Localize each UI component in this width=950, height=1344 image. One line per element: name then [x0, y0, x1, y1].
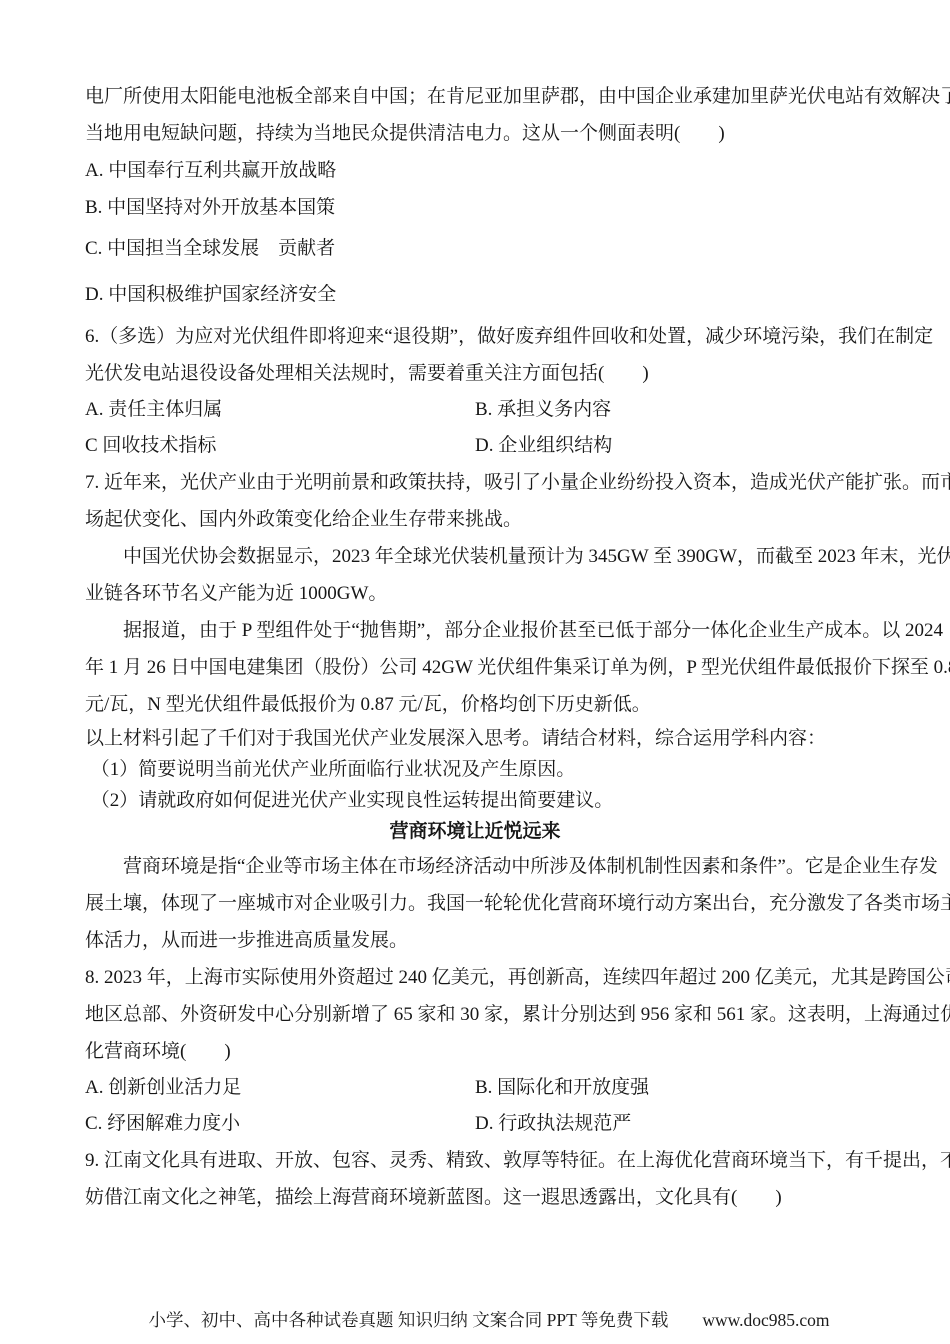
footer-catalog-text: 小学、初中、高中各种试卷真题 知识归纳 文案合同 PPT 等免费下载	[148, 1307, 668, 1332]
q5-option-b: B. 中国坚持对外开放基本国策	[85, 189, 865, 226]
q9-stem-line1: 9. 江南文化具有进取、开放、包容、灵秀、精致、敦厚等特征。在上海优化营商环境当…	[85, 1142, 865, 1179]
document-content: 电厂所使用太阳能电池板全部来自中国；在肯尼亚加里萨郡，由中国企业承建加里萨光伏电…	[85, 78, 865, 1216]
q7-paragraph1-line2: 场起伏变化、国内外政策变化给企业生存带来挑战。	[85, 501, 865, 538]
section-intro-line2: 展土壤，体现了一座城市对企业吸引力。我国一轮轮优化营商环境行动方案出台，充分激发…	[85, 885, 865, 922]
q6-option-c: C 回收技术指标	[85, 428, 475, 464]
q7-paragraph1-line1: 7. 近年来，光伏产业由于光明前景和政策扶持，吸引了小量企业纷纷投入资本，造成光…	[85, 464, 865, 501]
q7-subquestion-2: （2）请就政府如何促进光伏产业实现良性运转提出简要建议。	[85, 785, 865, 816]
q7-paragraph3-line1: 据报道，由于 P 型组件处于“抛售期”，部分企业报价甚至已低于部分一体化企业生产…	[85, 612, 865, 649]
q6-stem-line1: 6.（多选）为应对光伏组件即将迎来“退役期”，做好废弃组件回收和处置，减少环境污…	[85, 318, 865, 355]
q8-option-b: B. 国际化和开放度强	[475, 1070, 649, 1106]
q8-stem-line2: 地区总部、外资研发中心分别新增了 65 家和 30 家，累计分别达到 956 家…	[85, 996, 865, 1033]
section-title: 营商环境让近悦远来	[85, 816, 865, 848]
q8-option-c: C. 纾困解难力度小	[85, 1106, 475, 1142]
q7-paragraph4: 以上材料引起了千们对于我国光伏产业发展深入思考。请结合材料，综合运用学科内容：	[85, 723, 865, 754]
q8-stem-line3: 化营商环境( )	[85, 1033, 865, 1070]
q7-paragraph2-line2: 业链各环节名义产能为近 1000GW。	[85, 575, 865, 612]
q7-subquestion-1: （1）简要说明当前光伏产业所面临行业状况及产生原因。	[85, 754, 865, 785]
q6-options-row-ab: A. 责任主体归属 B. 承担义务内容	[85, 392, 865, 428]
q6-stem-line2: 光伏发电站退役设备处理相关法规时，需要着重关注方面包括( )	[85, 355, 865, 392]
section-intro-line3: 体活力，从而进一步推进高质量发展。	[85, 922, 865, 959]
q6-option-b: B. 承担义务内容	[475, 392, 611, 428]
q8-options-row-ab: A. 创新创业活力足 B. 国际化和开放度强	[85, 1070, 865, 1106]
page-footer: 小学、初中、高中各种试卷真题 知识归纳 文案合同 PPT 等免费下载 www.d…	[14, 1307, 950, 1332]
exam-document-page: 电厂所使用太阳能电池板全部来自中国；在肯尼亚加里萨郡，由中国企业承建加里萨光伏电…	[0, 0, 950, 1344]
q7-paragraph2-line1: 中国光伏协会数据显示，2023 年全球光伏装机量预计为 345GW 至 390G…	[85, 538, 865, 575]
q8-option-a: A. 创新创业活力足	[85, 1070, 475, 1106]
q5-option-d: D. 中国积极维护国家经济安全	[85, 272, 865, 318]
section-intro-line1: 营商环境是指“企业等市场主体在市场经济活动中所涉及体制机制性因素和条件”。它是企…	[85, 848, 865, 885]
footer-website-text: www.doc985.com	[702, 1310, 829, 1331]
q6-option-a: A. 责任主体归属	[85, 392, 475, 428]
q6-options-row-cd: C 回收技术指标 D. 企业组织结构	[85, 428, 865, 464]
q7-paragraph3-line3: 元/瓦，N 型光伏组件最低报价为 0.87 元/瓦，价格均创下历史新低。	[85, 686, 865, 723]
q5-stem-line1: 电厂所使用太阳能电池板全部来自中国；在肯尼亚加里萨郡，由中国企业承建加里萨光伏电…	[85, 78, 865, 115]
q5-option-c: C. 中国担当全球发展 贡献者	[85, 226, 865, 272]
q7-paragraph3-line2: 年 1 月 26 日中国电建集团（股份）公司 42GW 光伏组件集采订单为例，P…	[85, 649, 865, 686]
q5-stem-line2: 当地用电短缺问题，持续为当地民众提供清洁电力。这从一个侧面表明( )	[85, 115, 865, 152]
q8-stem-line1: 8. 2023 年，上海市实际使用外资超过 240 亿美元，再创新高，连续四年超…	[85, 959, 865, 996]
q6-option-d: D. 企业组织结构	[475, 428, 612, 464]
q5-option-a: A. 中国奉行互利共赢开放战略	[85, 152, 865, 189]
q9-stem-line2: 妨借江南文化之神笔，描绘上海营商环境新蓝图。这一遐思透露出，文化具有( )	[85, 1179, 865, 1216]
q8-option-d: D. 行政执法规范严	[475, 1106, 631, 1142]
q8-options-row-cd: C. 纾困解难力度小 D. 行政执法规范严	[85, 1106, 865, 1142]
